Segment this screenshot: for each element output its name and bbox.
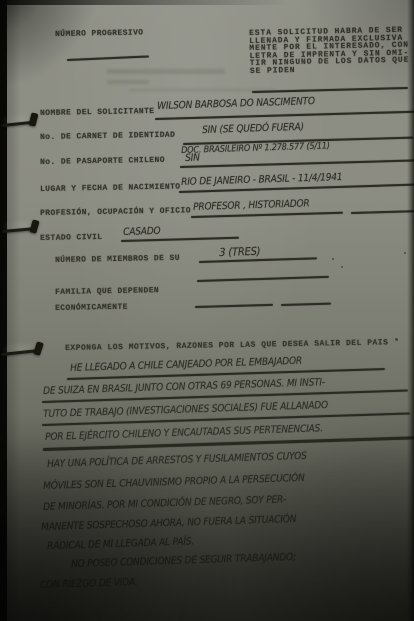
instructions-underline: [252, 87, 408, 93]
field-value-estado-civil: CASADO: [123, 226, 161, 238]
field-value-miembros: 3 (TRES): [219, 245, 261, 259]
motives-label: EXPONGA LOS MOTIVOS, RAZONES POR LAS QUE…: [65, 338, 388, 353]
field-label-nacimiento: LUGAR Y FECHA DE NACIMIENTO: [40, 183, 181, 194]
handwritten-line: CON RIEZGO DE VIDA.: [40, 577, 138, 591]
handwritten-line: DE MINORÍAS. POR MI CONDICIÓN DE NEGRO, …: [43, 494, 286, 513]
ghost-stamp-line: [107, 69, 225, 74]
field-label-familia: FAMILIA QUE DEPENDEN: [55, 286, 159, 297]
handwritten-line: HAY UNA POLÍTICA DE ARRESTOS Y FUSILAMIE…: [47, 451, 307, 470]
handwritten-line: MÓVILES SON EL CHAUVINISMO PROPIO A LA P…: [43, 473, 305, 492]
field-underline-profesion: [191, 212, 343, 218]
field-value-profesion: PROFESOR , HISTORIADOR: [193, 198, 310, 213]
field-value-carnet: SIN (SE QUEDÓ FUERA): [202, 122, 304, 136]
field-underline-estado-civil: [121, 237, 239, 242]
field-label-nombre: NOMBRE DEL SOLICITANTE: [40, 107, 155, 118]
field-label-carnet: No. DE CARNET DE IDENTIDAD: [40, 131, 175, 142]
document-paper: NÚMERO PROGRESIVO ESTA SOLICITUD HABRA D…: [7, 0, 414, 621]
field-underline-economicamente-2: [281, 303, 331, 307]
field-value-nombre: WILSON BARBOSA DO NASCIMENTO: [157, 96, 315, 112]
speck: [395, 338, 398, 341]
handwritten-line: MANENTE SOSPECHOSO AHORA, NO FUERA LA SI…: [41, 514, 296, 533]
field-label-estado-civil: ESTADO CIVIL: [40, 233, 103, 243]
field-underline-economicamente: [195, 304, 273, 308]
field-underline-pasaporte: [180, 159, 414, 168]
field-underline-familia: [197, 276, 329, 282]
field-label-profesion: PROFESIÓN, OCUPACIÓN Y OFICIO: [40, 206, 191, 218]
speck: [332, 258, 334, 260]
speck: [404, 252, 406, 254]
field-value-pasaporte: SIN: [185, 153, 200, 164]
numero-progresivo-label: NÚMERO PROGRESIVO: [55, 28, 144, 39]
instructions-block: ESTA SOLICITUD HABRA DE SER LLENADA Y FI…: [249, 27, 410, 76]
field-underline-miembros: [199, 257, 317, 263]
field-underline-nombre: [155, 111, 414, 121]
field-label-economicamente: ECONÓMICAMENTE: [55, 303, 128, 313]
field-value-nacimiento: RIO DE JANEIRO - BRASIL - 11/4/1941: [181, 172, 343, 188]
handwritten-line: NO POSEO CONDICIONES DE SEGUIR TRABAJAND…: [71, 552, 296, 570]
handwritten-line: RADICAL DE MI LLEGADA AL PAÍS.: [47, 536, 194, 552]
field-label-pasaporte: No. DE PASAPORTE CHILENO: [40, 156, 165, 167]
speck: [341, 266, 343, 268]
field-label-miembros: NÚMERO DE MIEMBROS DE SU: [55, 254, 180, 265]
photo-frame: NÚMERO PROGRESIVO ESTA SOLICITUD HABRA D…: [0, 0, 414, 621]
numero-underline: [67, 55, 149, 61]
field-underline-profesion-2: [351, 210, 414, 214]
ghost-stamp-line: [107, 80, 149, 84]
